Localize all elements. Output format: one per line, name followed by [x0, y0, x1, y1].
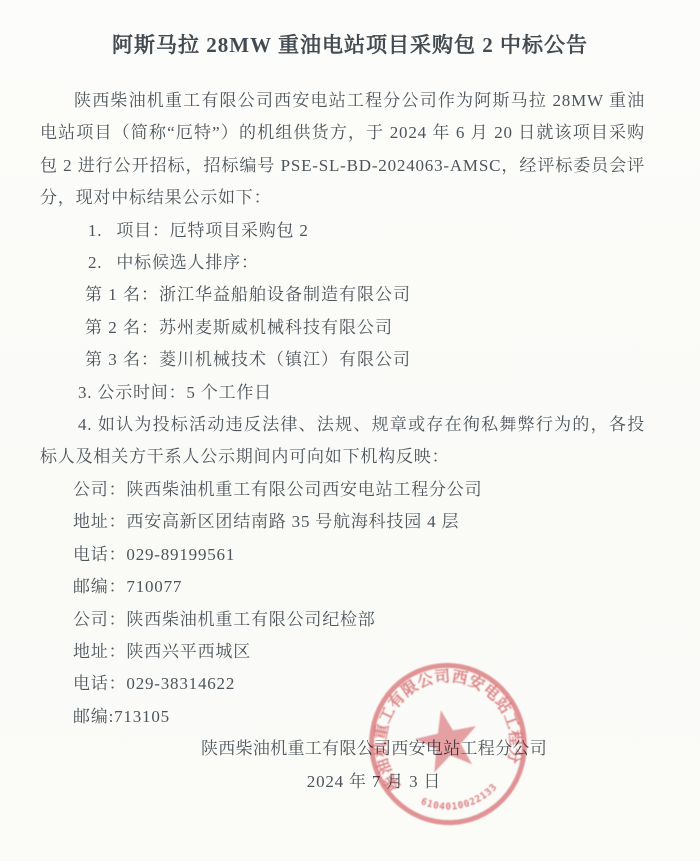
list-item-publicity-period: 3. 公示时间：5 个工作日 — [40, 377, 645, 409]
candidate-rank-1: 第 1 名：浙江华益船舶设备制造有限公司 — [40, 279, 645, 311]
contact-address: 地址：陕西兴平西城区 — [40, 636, 645, 668]
scanned-announcement-page: 阿斯马拉 28MW 重油电站项目采购包 2 中标公告 陕西柴油机重工有限公司西安… — [0, 0, 700, 861]
contact-address: 地址：西安高新区团结南路 35 号航海科技园 4 层 — [40, 506, 645, 538]
document-body: 陕西柴油机重工有限公司西安电站工程分公司作为阿斯马拉 28MW 重油电站项目（简… — [40, 85, 645, 798]
list-item-text: 中标候选人排序： — [116, 253, 258, 272]
list-item-number: 1. — [88, 215, 102, 247]
list-item-text: 项目：厄特项目采购包 2 — [116, 221, 308, 240]
contact-phone: 电话：029-38314622 — [40, 668, 645, 700]
list-item-project: 1.项目：厄特项目采购包 2 — [40, 215, 645, 247]
contact-company: 公司：陕西柴油机重工有限公司纪检部 — [40, 604, 645, 636]
contact-postcode: 邮编:713105 — [40, 701, 645, 733]
contact-postcode: 邮编：710077 — [40, 571, 645, 603]
page-title: 阿斯马拉 28MW 重油电站项目采购包 2 中标公告 — [0, 0, 700, 59]
candidate-rank-2: 第 2 名：苏州麦斯威机械科技有限公司 — [40, 312, 645, 344]
contact-group-discipline: 公司：陕西柴油机重工有限公司纪检部 地址：陕西兴平西城区 电话：029-3831… — [40, 604, 645, 734]
contact-company: 公司：陕西柴油机重工有限公司西安电站工程分公司 — [40, 474, 645, 506]
candidate-rank-3: 第 3 名：菱川机械技术（镇江）有限公司 — [40, 344, 645, 376]
intro-paragraph: 陕西柴油机重工有限公司西安电站工程分公司作为阿斯马拉 28MW 重油电站项目（简… — [40, 85, 645, 215]
list-item-complaint-channel: 4. 如认为投标活动违反法律、法规、规章或存在徇私舞弊行为的，各投标人及相关方干… — [40, 409, 645, 474]
signature-block: 陕西柴油机重工有限公司西安电站工程分公司 2024 年 7 月 3 日 — [201, 733, 547, 798]
list-item-number: 2. — [88, 247, 102, 279]
signature-date: 2024 年 7 月 3 日 — [201, 766, 547, 798]
contact-phone: 电话：029-89199561 — [40, 539, 645, 571]
signature-company: 陕西柴油机重工有限公司西安电站工程分公司 — [201, 733, 547, 765]
list-item-ranking: 2.中标候选人排序： — [40, 247, 645, 279]
contact-group-branch: 公司：陕西柴油机重工有限公司西安电站工程分公司 地址：西安高新区团结南路 35 … — [40, 474, 645, 604]
